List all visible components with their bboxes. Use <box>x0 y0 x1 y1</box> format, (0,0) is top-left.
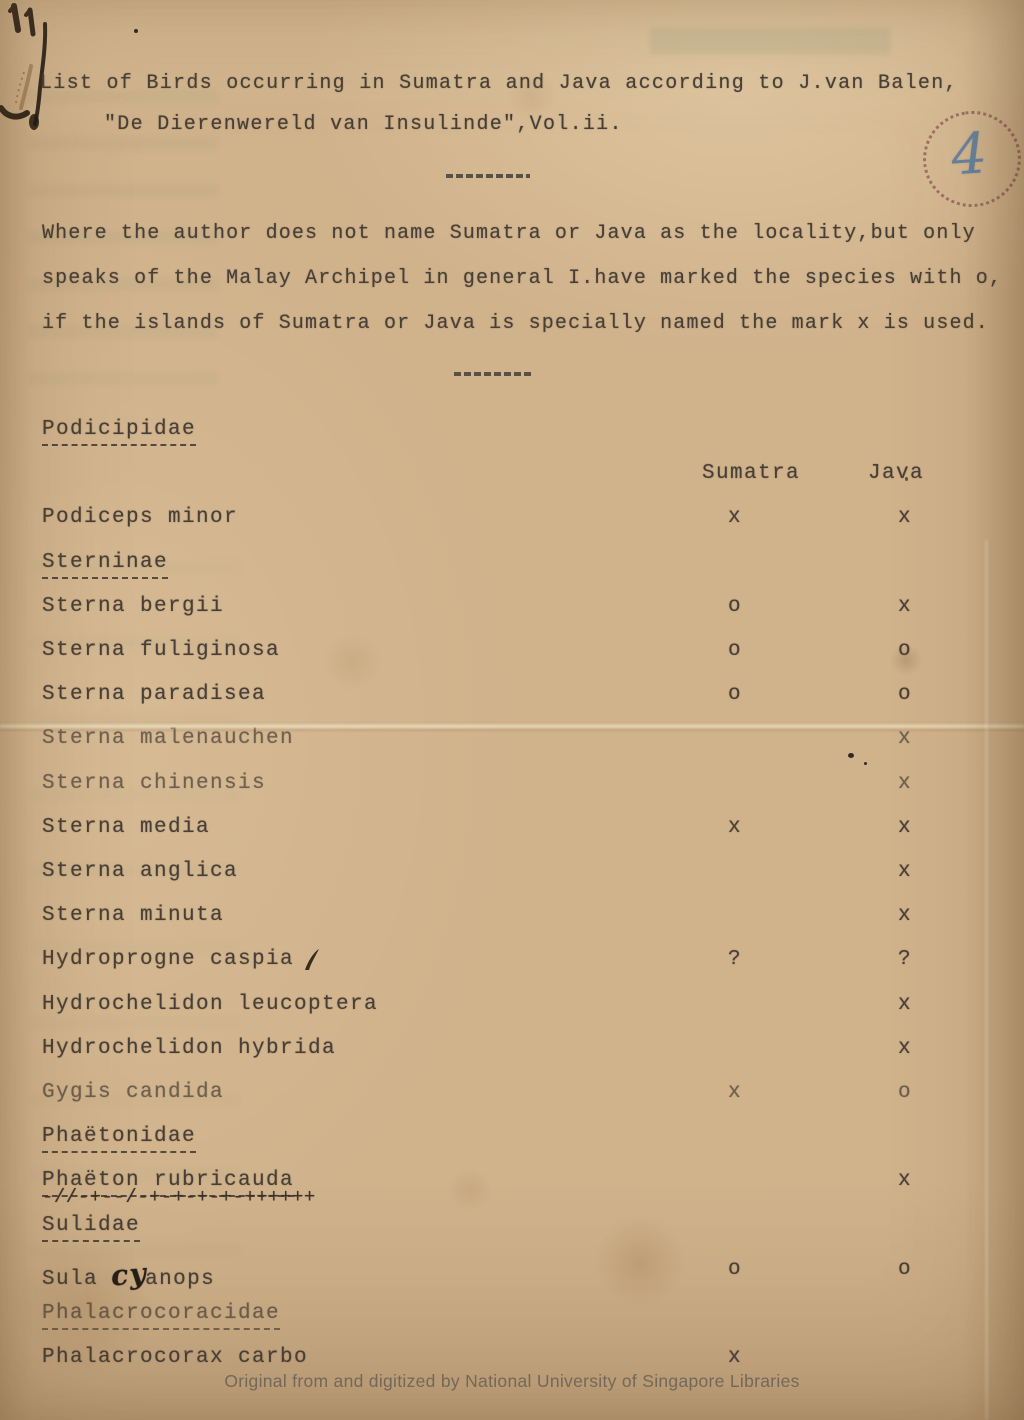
sumatra-mark: x <box>690 816 780 839</box>
species-name: Sterna minuta <box>42 904 224 927</box>
watermark-text: Original from and digitized by National … <box>0 1371 1024 1392</box>
family-name: Sulidae <box>42 1214 140 1242</box>
species-name: Sterna anglica <box>42 860 238 883</box>
java-mark: x <box>860 772 950 795</box>
family-section-row: Podicipidae <box>42 418 992 452</box>
species-name: Hydrochelidon leucoptera <box>42 993 378 1016</box>
species-row: Sterna anglicax <box>42 860 992 894</box>
species-row: Sterna paradiseaoo <box>42 683 992 717</box>
ink-speck <box>905 477 908 481</box>
ink-speck <box>864 762 867 765</box>
document-page: List of Birds occurring in Sumatra and J… <box>0 0 1024 1420</box>
java-mark: x <box>860 506 950 529</box>
species-row: Sterna mediaxx <box>42 816 992 850</box>
family-name: Phaëtonidae <box>42 1125 196 1153</box>
java-mark: ? <box>860 948 950 971</box>
typed-divider <box>454 372 534 376</box>
java-mark: o <box>860 639 950 662</box>
species-table: PodicipidaeSumatraJavaPodiceps minorxxSt… <box>42 418 992 1383</box>
species-name: Phalacrocorax carbo <box>42 1346 308 1369</box>
column-header-row: SumatraJava <box>42 462 992 496</box>
sumatra-mark: x <box>690 1081 780 1104</box>
species-row: Sterna fuliginosaoo <box>42 639 992 673</box>
handwritten-correction: cy <box>110 1256 149 1292</box>
species-name: Sterna media <box>42 816 210 839</box>
java-mark: x <box>860 727 950 750</box>
sumatra-mark: o <box>690 683 780 706</box>
document-title-line1: List of Birds occurring in Sumatra and J… <box>40 72 958 95</box>
species-name: Gygis candida <box>42 1081 224 1104</box>
typed-divider <box>446 174 530 178</box>
java-mark: x <box>860 1169 950 1192</box>
species-row: Sterna chinensisx <box>42 772 992 806</box>
species-row: Hydrochelidon hybridax <box>42 1037 992 1071</box>
sumatra-mark: x <box>690 506 780 529</box>
species-row: Sula cyanopsoo <box>42 1258 992 1292</box>
family-section-row: Phalacrocoracidae <box>42 1302 992 1336</box>
family-section-row: Sterninae <box>42 551 992 585</box>
bleedthrough-smudge <box>650 28 890 54</box>
species-name: Sterna paradisea <box>42 683 266 706</box>
page-number-stamp: 4 <box>917 105 1024 214</box>
java-mark: o <box>860 1258 950 1281</box>
species-name: Podiceps minor <box>42 506 238 529</box>
typed-crossout: -//-+--/-+-+-+-+-++++++ <box>42 1186 316 1208</box>
species-row: Hydrochelidon leucopterax <box>42 993 992 1027</box>
family-name: Podicipidae <box>42 418 196 446</box>
species-name: Sula cyanops <box>42 1258 215 1291</box>
species-row: Podiceps minorxx <box>42 506 992 540</box>
species-row: Phaëton rubricauda-//-+--/-+-+-+-+-+++++… <box>42 1169 992 1203</box>
sumatra-mark: o <box>690 1258 780 1281</box>
java-mark: x <box>860 1037 950 1060</box>
column-header-sumatra: Sumatra <box>702 462 800 485</box>
java-mark: o <box>860 683 950 706</box>
java-mark: o <box>860 1081 950 1104</box>
java-mark: x <box>860 595 950 618</box>
sumatra-mark: ? <box>690 948 780 971</box>
pen-tick-mark <box>302 948 320 979</box>
species-name: Sterna bergii <box>42 595 224 618</box>
java-mark: x <box>860 816 950 839</box>
intro-line-1: Where the author does not name Sumatra o… <box>42 222 976 245</box>
ink-speck <box>134 29 138 33</box>
species-name: Hydroprogne caspia <box>42 948 294 971</box>
ink-speck <box>848 753 854 758</box>
family-name: Sterninae <box>42 551 168 579</box>
family-section-row: Sulidae <box>42 1214 992 1248</box>
family-section-row: Phaëtonidae <box>42 1125 992 1159</box>
page-number: 4 <box>949 121 989 188</box>
species-row: Sterna minutax <box>42 904 992 938</box>
species-row: Hydroprogne caspia?? <box>42 948 992 982</box>
column-header-java: Java <box>868 462 924 485</box>
java-mark: x <box>860 904 950 927</box>
intro-line-3: if the islands of Sumatra or Java is spe… <box>42 312 989 335</box>
species-name: Sterna malenauchen <box>42 727 294 750</box>
family-name: Phalacrocoracidae <box>42 1302 280 1330</box>
species-name: Sterna fuliginosa <box>42 639 280 662</box>
document-title-line2: "De Dierenwereld van Insulinde",Vol.ii. <box>104 113 623 136</box>
sumatra-mark: o <box>690 595 780 618</box>
species-name: Hydrochelidon hybrida <box>42 1037 336 1060</box>
species-row: Gygis candidaxo <box>42 1081 992 1115</box>
species-name: Sterna chinensis <box>42 772 266 795</box>
species-row: Sterna bergiiox <box>42 595 992 629</box>
sumatra-mark: o <box>690 639 780 662</box>
java-mark: x <box>860 993 950 1016</box>
intro-line-2: speaks of the Malay Archipel in general … <box>42 267 1002 290</box>
sumatra-mark: x <box>690 1346 780 1369</box>
java-mark: x <box>860 860 950 883</box>
